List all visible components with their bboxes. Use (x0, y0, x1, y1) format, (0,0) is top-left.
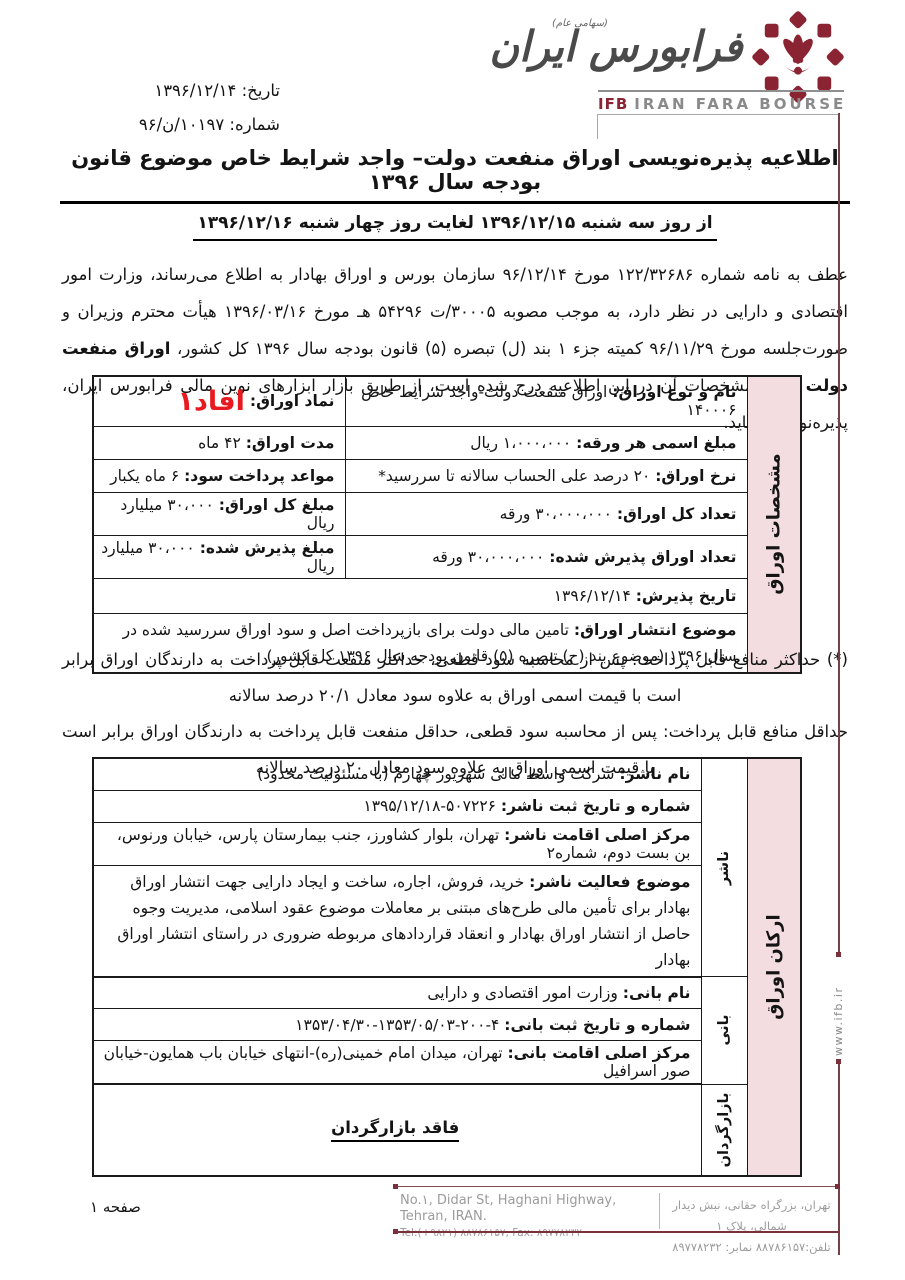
no-market-maker-text: فاقد بازارگردان (331, 1118, 459, 1142)
max-profit-note: (*) حداکثر منافع قابل پرداخت: پس از محاس… (62, 642, 848, 714)
logo-frame-line (597, 114, 839, 139)
brand-name-fa: فرابورس ایران (490, 22, 743, 71)
ifb-abbr: IFB (598, 95, 628, 113)
originator-group-label: بانی (716, 1015, 732, 1046)
website-vertical-block: www.ifb.ir (828, 952, 849, 1064)
rule-end-dot (393, 1229, 398, 1234)
issuer-registration-cell: شماره و تاریخ ثبت ناشر: ۵۰۷۲۲۶-۱۳۹۵/۱۲/۱… (93, 790, 701, 822)
spec-symbol-cell: نماد اوراق: افاد۱ (93, 376, 345, 426)
letter-meta: تاریخ: ۱۳۹۶/۱۲/۱۴ شماره: ۱۰۱۹۷/ن/۹۶ (60, 74, 280, 142)
market-maker-group-label: بازارگردان (716, 1092, 732, 1167)
originator-name-cell: نام بانی: وزارت امور اقتصادی و دارایی (93, 977, 701, 1009)
spec-name-type-cell: نام و نوع اوراق: اوراق منفعت دولت-واجد ش… (345, 376, 747, 426)
originator-address-cell: مرکز اصلی اقامت بانی: تهران، میدان امام … (93, 1041, 701, 1085)
address-fa-phone: تلفن:۸۸۷۸۶۱۵۷ نمابر: ۸۹۷۷۸۲۳۲ (668, 1237, 835, 1258)
address-en-phone: Tel:(+۹۸۲۱) ۸۸۷۸۶۱۵۷, Fax: ۸۹۷۷۸۲۳۲ (400, 1225, 652, 1241)
spec-total-amount-cell: مبلغ کل اوراق: ۳۰،۰۰۰ میلیارد ریال (93, 492, 345, 535)
rule-end-dot (836, 1059, 841, 1064)
main-title: اطلاعیه پذیره‌نویسی اوراق منفعت دولت– وا… (60, 146, 850, 204)
market-maker-group-cell: بازارگردان (701, 1084, 747, 1176)
website-url: www.ifb.ir (832, 960, 845, 1056)
securities-parties-table: ارکان اوراق ناشر نام ناشر: شرکت واسط مال… (92, 757, 802, 1177)
address-en-street: No.۱, Didar St, Haghani Highway, (400, 1193, 652, 1209)
address-en-city: Tehran, IRAN. (400, 1209, 652, 1225)
letter-number: شماره: ۱۰۱۹۷/ن/۹۶ (60, 108, 280, 142)
address-persian: تهران، بزرگراه حقانی، نبش دیدار شمالی، پ… (668, 1195, 835, 1258)
spec-listed-amount-cell: مبلغ پذیرش شده: ۳۰،۰۰۰ میلیارد ریال (93, 535, 345, 578)
page-edge-rule (838, 113, 840, 1255)
address-english: No.۱, Didar St, Haghani Highway, Tehran,… (400, 1193, 652, 1241)
rule-end-dot (836, 952, 841, 957)
specs-side-header-cell: مشخصات اوراق (747, 376, 801, 673)
spec-coupon-period-cell: مواعد پرداخت سود: ۶ ماه یکبار (93, 459, 345, 492)
address-divider (659, 1193, 660, 1229)
rule-end-dot (835, 1184, 840, 1189)
brand-name-en: IFBIRAN FARA BOURSE (598, 90, 844, 113)
page-number: صفحه ۱ (90, 1198, 141, 1216)
issuer-group-label: ناشر (716, 850, 732, 884)
issuer-group-cell: ناشر (701, 758, 747, 977)
spec-listed-count-cell: تعداد اوراق پذیرش شده: ۳۰،۰۰۰،۰۰۰ ورقه (345, 535, 747, 578)
parties-side-label: ارکان اوراق (763, 914, 784, 1019)
subscription-period-subtitle: از روز سه شنبه ۱۳۹۶/۱۲/۱۵ لغایت روز چهار… (193, 213, 716, 241)
spec-duration-cell: مدت اوراق: ۴۲ ماه (93, 426, 345, 459)
announcement-page: تاریخ: ۱۳۹۶/۱۲/۱۴ شماره: ۱۰۱۹۷/ن/۹۶ (0, 0, 905, 1280)
footer-rule-bottom (395, 1231, 838, 1233)
letter-date: تاریخ: ۱۳۹۶/۱۲/۱۴ (60, 74, 280, 108)
issuer-address-cell: مرکز اصلی اقامت ناشر: تهران، بلوار کشاور… (93, 822, 701, 865)
spec-rate-cell: نرخ اوراق: ۲۰ درصد علی الحساب سالانه تا … (345, 459, 747, 492)
announcement-titles: اطلاعیه پذیره‌نویسی اوراق منفعت دولت– وا… (60, 146, 850, 241)
intro-text-1: عطف به نامه شماره ۱۲۲/۳۲۶۸۶ مورخ ۹۶/۱۲/۱… (62, 265, 848, 358)
market-maker-status-cell: فاقد بازارگردان (93, 1084, 701, 1176)
issuer-name-cell: نام ناشر: شرکت واسط مالی شهریور چهارم (ب… (93, 758, 701, 790)
parties-side-header-cell: ارکان اوراق (747, 758, 801, 1176)
issuer-activity-cell: موضوع فعالیت ناشر: خرید، فروش، اجاره، سا… (93, 865, 701, 977)
rule-end-dot (393, 1184, 398, 1189)
spec-total-count-cell: تعداد کل اوراق: ۳۰،۰۰۰،۰۰۰ ورقه (345, 492, 747, 535)
spec-listing-date-cell: تاریخ پذیرش: ۱۳۹۶/۱۲/۱۴ (93, 578, 747, 613)
footer-rule-top (395, 1186, 838, 1187)
spec-face-value-cell: مبلغ اسمی هر ورقه: ۱،۰۰۰،۰۰۰ ریال (345, 426, 747, 459)
originator-group-cell: بانی (701, 977, 747, 1085)
specs-side-label: مشخصات اوراق (763, 454, 784, 595)
securities-specs-table: مشخصات اوراق نام و نوع اوراق: اوراق منفع… (92, 375, 802, 674)
originator-registration-cell: شماره و تاریخ ثبت بانی: ۴-۲۰۰-۱۳۵۳/۰۵/۰۳… (93, 1009, 701, 1041)
ifb-fullname: IRAN FARA BOURSE (634, 95, 846, 113)
ticker-symbol: افاد۱ (178, 386, 245, 417)
